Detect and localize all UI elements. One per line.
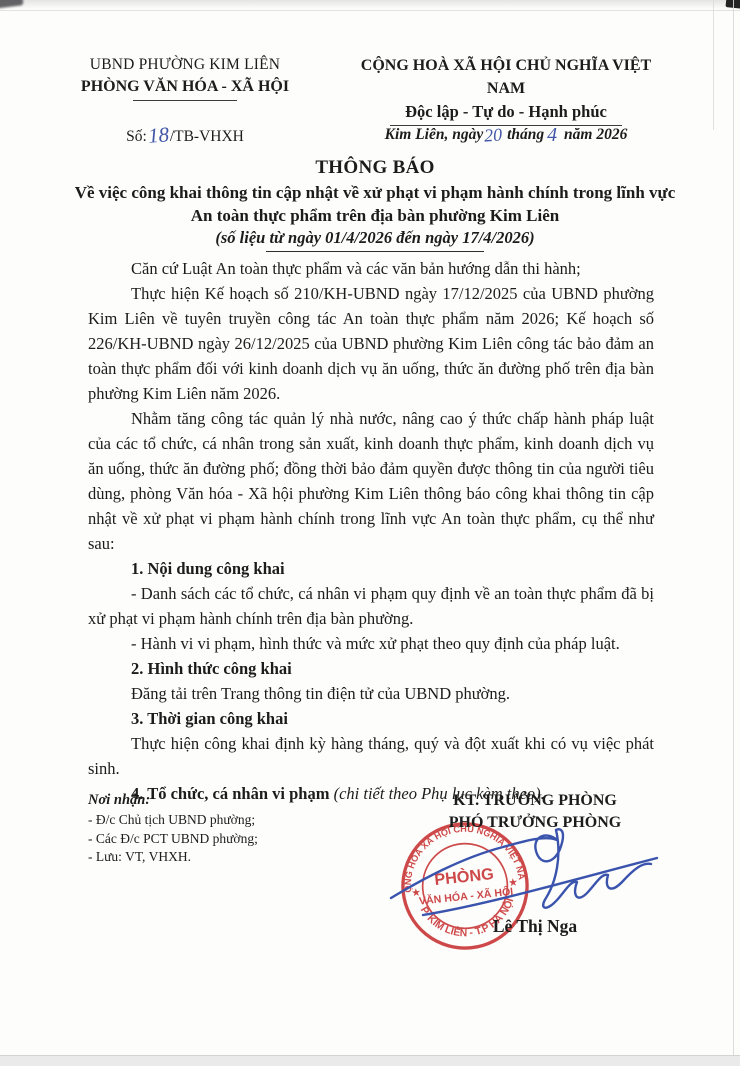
document-period-note: (số liệu từ ngày 01/4/2026 đến ngày 17/4… xyxy=(70,228,680,248)
document-subject: Về việc công khai thông tin cập nhật về … xyxy=(70,182,680,227)
national-motto: Độc lập - Tự do - Hạnh phúc xyxy=(348,100,664,123)
scan-bottom-edge-bar xyxy=(0,1055,740,1066)
title-block: THÔNG BÁO Về việc công khai thông tin cậ… xyxy=(70,157,680,252)
scan-top-edge-line xyxy=(0,10,740,11)
doc-number-label: Số: xyxy=(126,128,147,145)
section-1-heading: 1. Nội dung công khai xyxy=(88,556,654,581)
recipient-item: - Lưu: VT, VHXH. xyxy=(88,848,368,867)
section-1-item: - Danh sách các tổ chức, cá nhân vi phạm… xyxy=(88,581,654,631)
issuer-block: UBND PHƯỜNG KIM LIÊN PHÒNG VĂN HÓA - XÃ … xyxy=(72,54,298,101)
dateline-year: năm 2026 xyxy=(564,126,627,143)
dateline-place: Kim Liên, ngày xyxy=(385,126,484,143)
dateline-month-handwritten: 4 xyxy=(547,124,557,147)
paragraph: Căn cứ Luật An toàn thực phẩm và các văn… xyxy=(88,256,654,281)
issuer-parent-org: UBND PHƯỜNG KIM LIÊN xyxy=(72,54,298,76)
recipients-block: Nơi nhận: - Đ/c Chủ tịch UBND phường; - … xyxy=(88,792,368,867)
scan-right-edge-line xyxy=(733,0,734,1066)
section-2-heading: 2. Hình thức công khai xyxy=(88,656,654,681)
issuer-department: PHÒNG VĂN HÓA - XÃ HỘI xyxy=(72,76,298,98)
scanned-document-page: UBND PHƯỜNG KIM LIÊN PHÒNG VĂN HÓA - XÃ … xyxy=(0,0,740,1066)
section-3-item: Thực hiện công khai định kỳ hàng tháng, … xyxy=(88,731,654,781)
section-3-heading: 3. Thời gian công khai xyxy=(88,706,654,731)
recipients-label: Nơi nhận: xyxy=(88,792,368,809)
title-separator-line xyxy=(266,251,484,252)
paragraph: Thực hiện Kế hoạch số 210/KH-UBND ngày 1… xyxy=(88,281,654,406)
signer-title-line1: KT. TRƯỞNG PHÒNG xyxy=(385,790,685,812)
signer-title-line2: PHÓ TRƯỞNG PHÒNG xyxy=(385,812,685,834)
issuer-underline xyxy=(133,100,237,101)
document-number: Số:18/TB-VHXH xyxy=(72,122,298,147)
section-1-item: - Hành vi vi phạm, hình thức và mức xử p… xyxy=(88,631,654,656)
scan-right-edge-line-short xyxy=(713,0,714,130)
signer-name: Lê Thị Nga xyxy=(385,916,685,937)
scan-top-shadow xyxy=(0,0,740,9)
signature-block: KT. TRƯỞNG PHÒNG PHÓ TRƯỞNG PHÒNG CỘNG H… xyxy=(385,790,685,833)
recipient-item: - Các Đ/c PCT UBND phường; xyxy=(88,830,368,849)
document-title: THÔNG BÁO xyxy=(70,157,680,179)
national-title: CỘNG HOÀ XÃ HỘI CHỦ NGHĨA VIỆT NAM xyxy=(348,54,664,100)
document-body: Căn cứ Luật An toàn thực phẩm và các văn… xyxy=(88,256,654,806)
doc-number-handwritten: 18 xyxy=(147,122,170,149)
paragraph: Nhằm tăng công tác quản lý nhà nước, nân… xyxy=(88,406,654,556)
section-2-item: Đăng tải trên Trang thông tin điện tử củ… xyxy=(88,681,654,706)
dateline-day-handwritten: 20 xyxy=(484,124,503,146)
dateline: Kim Liên, ngày20 tháng4 năm 2026 xyxy=(348,122,664,145)
recipient-item: - Đ/c Chủ tịch UBND phường; xyxy=(88,811,368,830)
dateline-month-label: tháng xyxy=(507,126,544,143)
national-header-block: CỘNG HOÀ XÃ HỘI CHỦ NGHĨA VIỆT NAM Độc l… xyxy=(348,54,664,126)
doc-number-suffix: /TB-VHXH xyxy=(170,128,244,145)
